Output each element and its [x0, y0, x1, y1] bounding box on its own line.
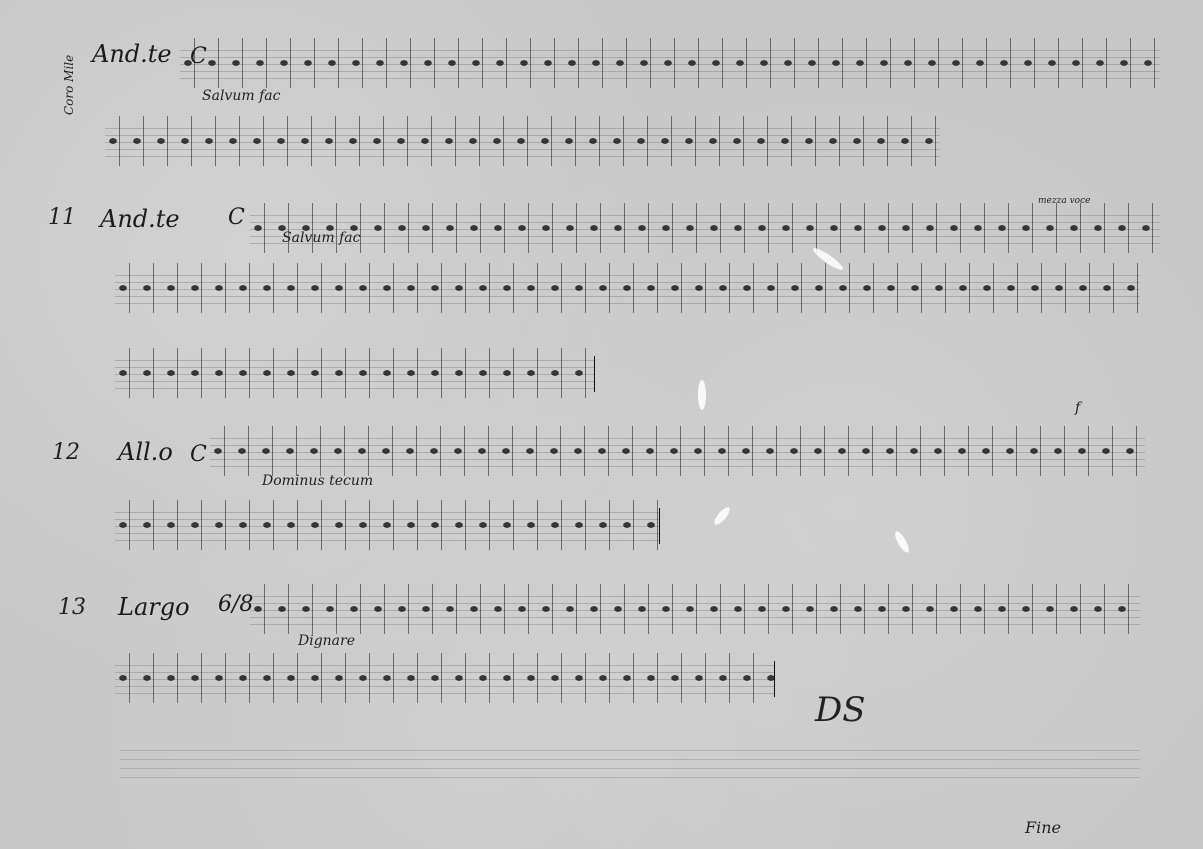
empty-staff — [120, 750, 1140, 786]
staff-line — [105, 128, 940, 156]
margin-label: Coro Mile — [62, 55, 76, 115]
tempo-marking: Largo — [118, 593, 190, 621]
paper-smudge — [893, 530, 912, 555]
section-number: 11 — [48, 205, 76, 230]
staff-line — [115, 665, 775, 693]
paper-smudge — [698, 380, 706, 410]
staff-line — [210, 438, 1145, 466]
tempo-marking: All.o — [118, 438, 173, 466]
staff-line — [115, 275, 1140, 303]
tempo-marking: And.te — [100, 205, 180, 233]
lyric-text: Dominus tecum — [262, 473, 373, 489]
paper-smudge — [712, 505, 732, 527]
staff-line — [180, 50, 1160, 78]
staff-line — [250, 596, 1140, 624]
lyric-text: Dignare — [298, 633, 355, 649]
dal-segno-mark: DS — [815, 690, 866, 730]
signature: Fine — [1025, 818, 1061, 837]
manuscript-page: Coro Mile And.te C Salvum fac 11 And.te … — [0, 0, 1203, 849]
section-number: 13 — [58, 595, 86, 620]
lyric-text: Salvum fac — [282, 230, 360, 246]
dynamic-annotation: f — [1075, 400, 1080, 416]
time-signature: 6/8 — [218, 592, 253, 617]
tempo-marking: And.te — [92, 40, 172, 68]
staff-line — [115, 512, 660, 540]
staff-line — [250, 215, 1160, 243]
staff-line — [115, 360, 595, 388]
clef-symbol: C — [190, 442, 207, 467]
section-number: 12 — [52, 440, 80, 465]
lyric-text: Salvum fac — [202, 88, 280, 104]
clef-symbol: C — [228, 205, 245, 230]
